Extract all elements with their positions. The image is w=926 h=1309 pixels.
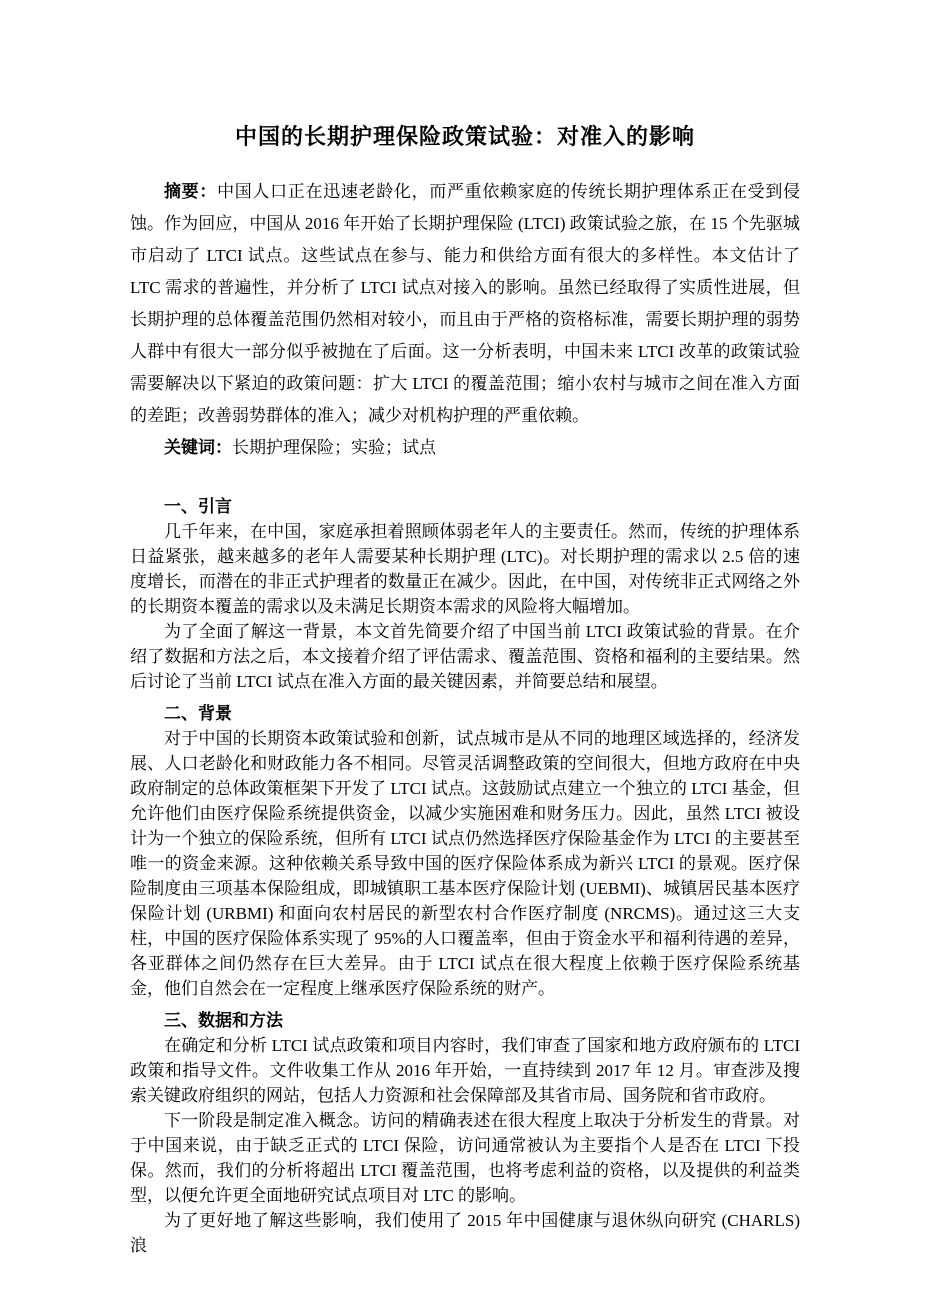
introduction-paragraph-1: 几千年来，在中国，家庭承担着照顾体弱老年人的主要责任。然而，传统的护理体系日益紧… bbox=[130, 519, 800, 619]
abstract-label: 摘要： bbox=[164, 182, 217, 201]
paper-title: 中国的长期护理保险政策试验：对准入的影响 bbox=[130, 122, 800, 152]
introduction-paragraph-2: 为了全面了解这一背景，本文首先简要介绍了中国当前 LTCI 政策试验的背景。在介… bbox=[130, 619, 800, 694]
keywords-text: 长期护理保险；实验；试点 bbox=[232, 438, 436, 457]
data-methods-paragraph-2: 下一阶段是制定准入概念。访问的精确表述在很大程度上取决于分析发生的背景。对于中国… bbox=[130, 1108, 800, 1208]
section-heading-data-methods: 三、数据和方法 bbox=[130, 1008, 800, 1033]
background-paragraph-1: 对于中国的长期资本政策试验和创新，试点城市是从不同的地理区域选择的，经济发展、人… bbox=[130, 726, 800, 1001]
data-methods-paragraph-1: 在确定和分析 LTCI 试点政策和项目内容时，我们审查了国家和地方政府颁布的 L… bbox=[130, 1033, 800, 1108]
abstract-paragraph: 摘要：中国人口正在迅速老龄化，而严重依赖家庭的传统长期护理体系正在受到侵蚀。作为… bbox=[130, 176, 800, 432]
keywords-line: 关键词：长期护理保险；实验；试点 bbox=[130, 432, 800, 464]
keywords-label: 关键词： bbox=[164, 438, 232, 457]
data-methods-paragraph-3: 为了更好地了解这些影响，我们使用了 2015 年中国健康与退休纵向研究 (CHA… bbox=[130, 1208, 800, 1258]
document-page: 中国的长期护理保险政策试验：对准入的影响 摘要：中国人口正在迅速老龄化，而严重依… bbox=[0, 0, 926, 1309]
section-heading-background: 二、背景 bbox=[130, 701, 800, 726]
section-heading-introduction: 一、引言 bbox=[130, 494, 800, 519]
abstract-text: 中国人口正在迅速老龄化，而严重依赖家庭的传统长期护理体系正在受到侵蚀。作为回应，… bbox=[130, 182, 800, 425]
